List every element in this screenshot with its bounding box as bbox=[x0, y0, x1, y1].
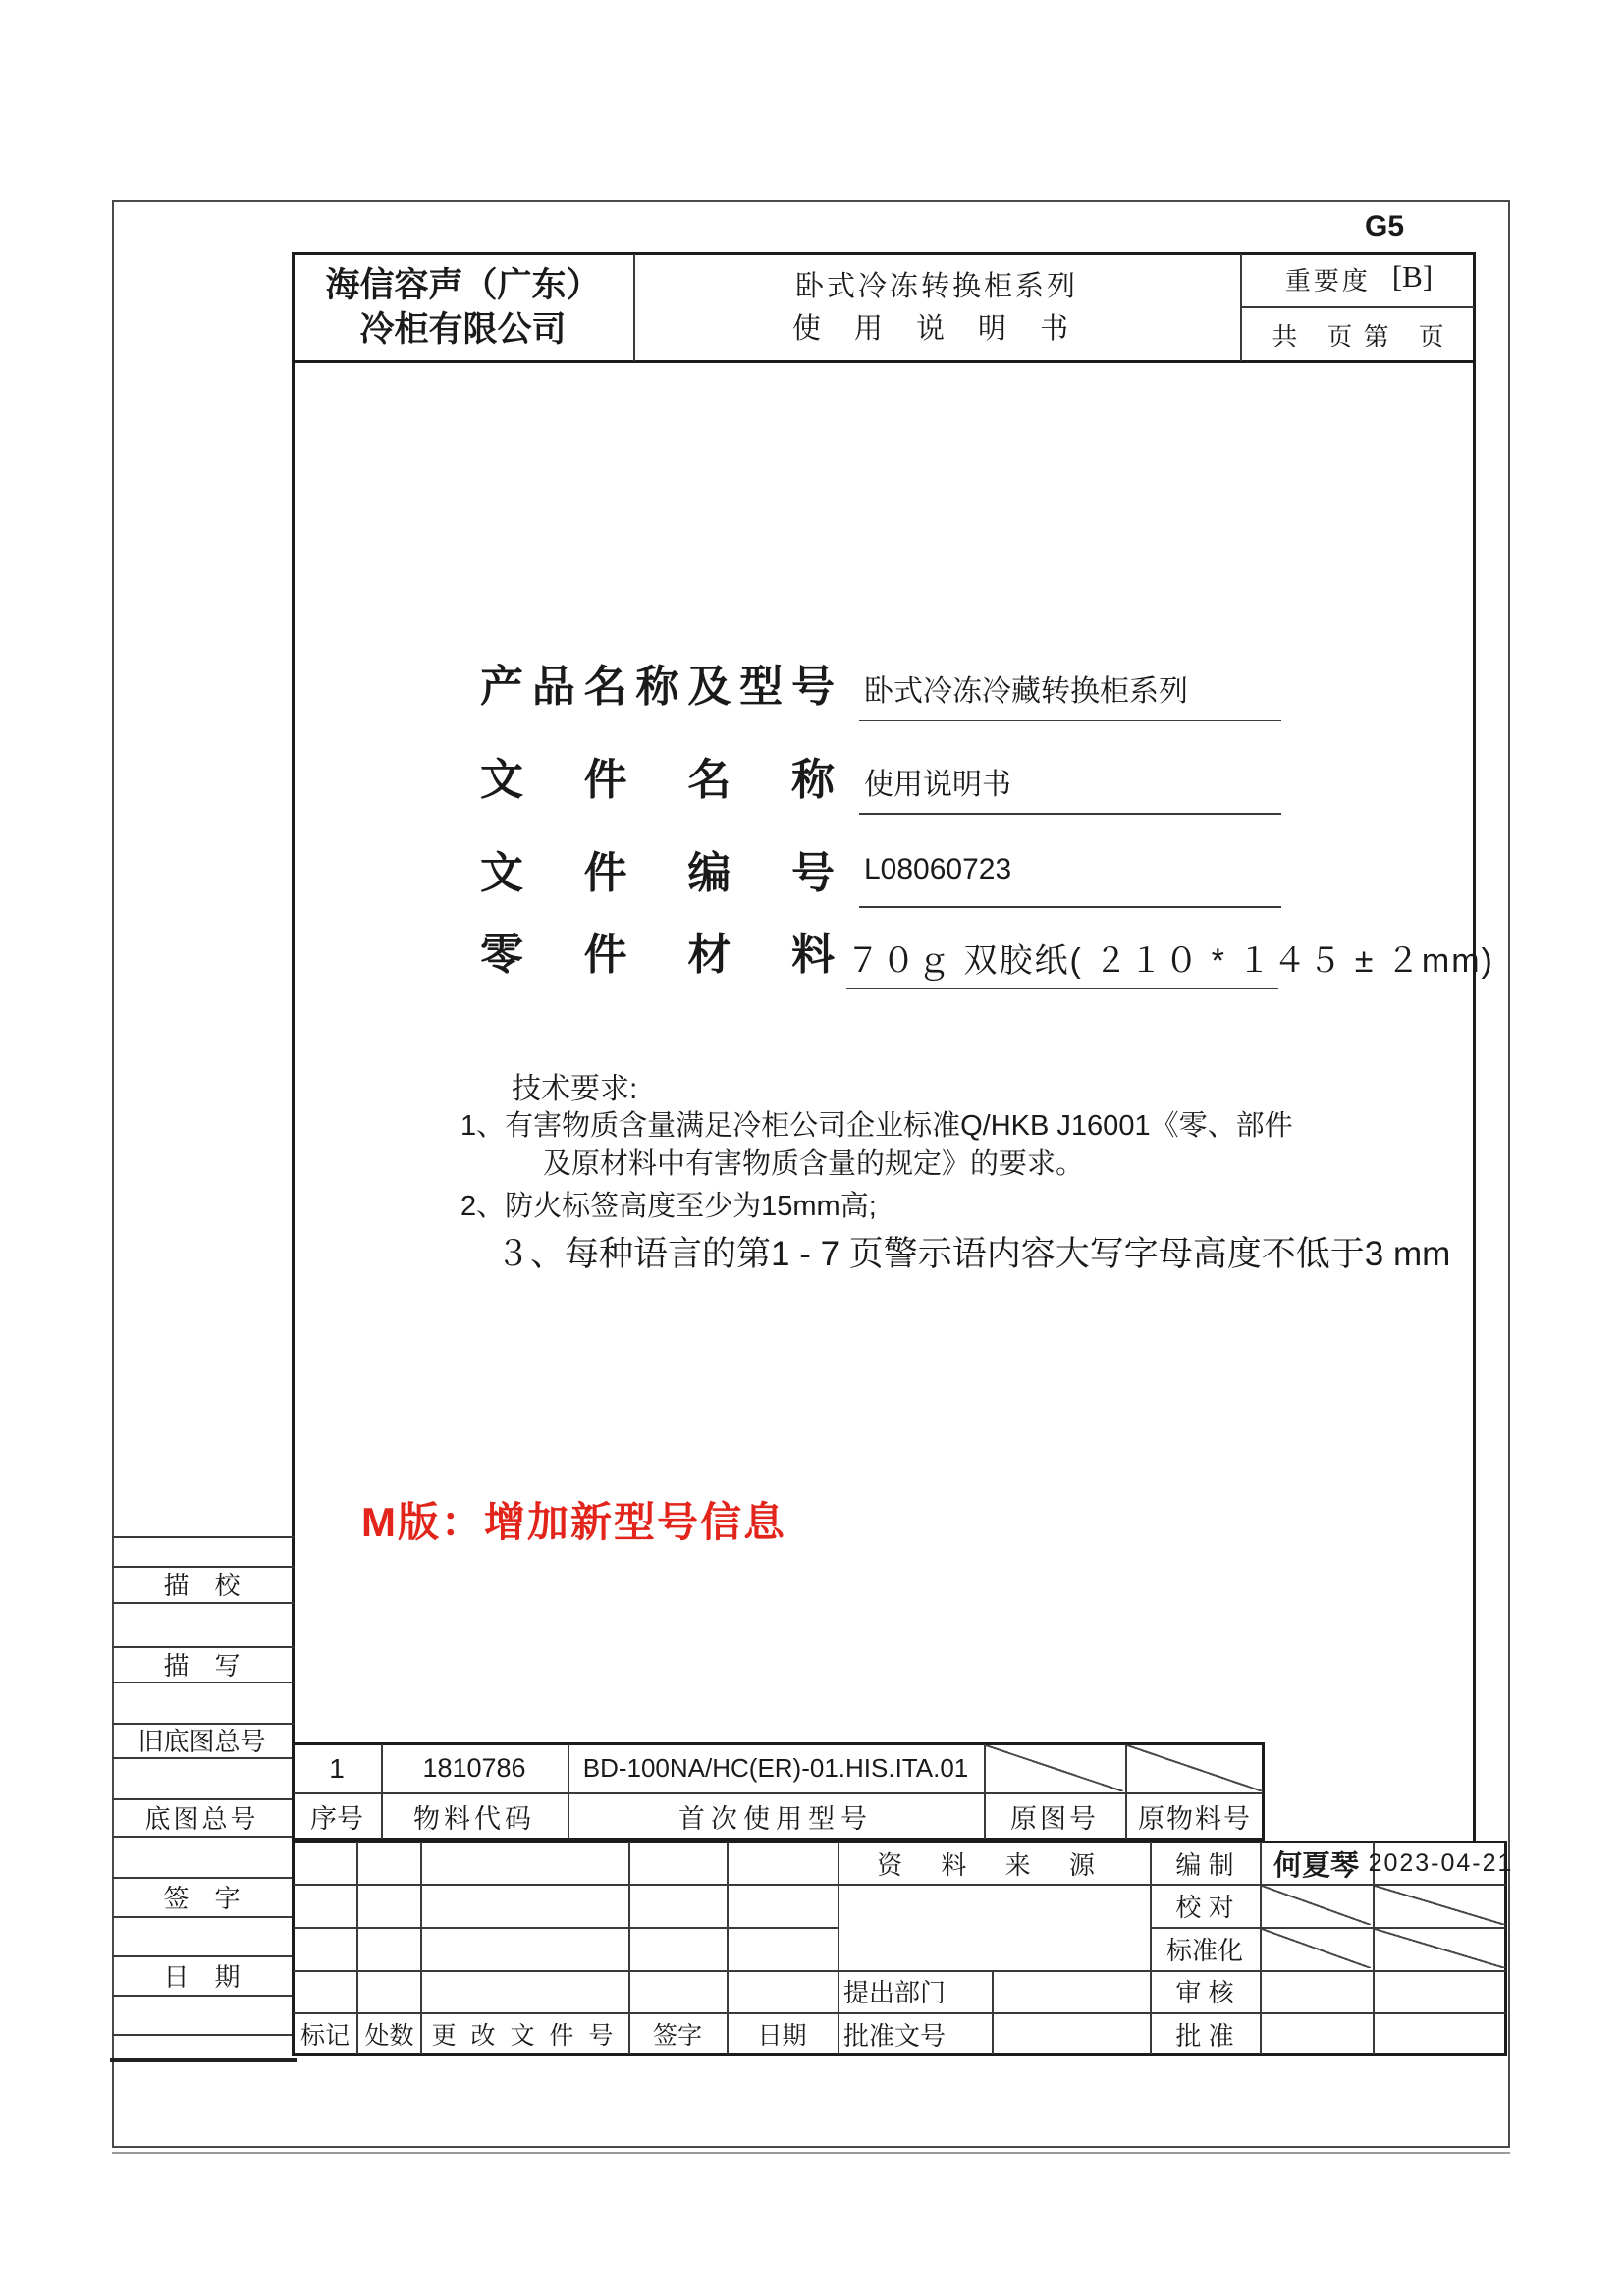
tech-requirement-line-4: ３、每种语言的第1 - 7 页警示语内容大写字母高度不低于3 mm bbox=[496, 1227, 1450, 1276]
sidebar-line bbox=[112, 2034, 294, 2036]
field-value-doc-name: 使用说明书 bbox=[864, 760, 1011, 803]
approval-label-standardized-by: 标准化 bbox=[1152, 1929, 1258, 1968]
change-bar-change-doc-no: 更 改 文 件 号 bbox=[422, 2014, 626, 2054]
tech-requirements-title: 技术要求: bbox=[512, 1064, 637, 1107]
first-use-header-orig-drawing-no: 原图号 bbox=[986, 1794, 1123, 1839]
field-label-part-material: 零件材料 bbox=[480, 928, 836, 983]
prepared-by-name: 何夏琴 bbox=[1262, 1842, 1371, 1884]
field-underline-2 bbox=[859, 813, 1281, 815]
approval-label-prepared-by: 编 制 bbox=[1152, 1842, 1258, 1884]
sidebar-bottom-bold-line bbox=[110, 2058, 297, 2062]
prepared-by-date: 2023-04-21 bbox=[1375, 1842, 1507, 1884]
sidebar-label-old-master-no: 旧底图总号 bbox=[112, 1723, 292, 1757]
first-use-header-material-code: 物料代码 bbox=[383, 1794, 566, 1839]
sidebar-line bbox=[112, 1602, 294, 1604]
first-use-model: BD-100NA/HC(ER)-01.HIS.ITA.01 bbox=[569, 1746, 982, 1790]
issuing-department-label: 提出部门 bbox=[843, 1972, 991, 2010]
approval-col-line bbox=[992, 1970, 994, 2054]
sidebar-line bbox=[112, 1536, 294, 1538]
field-label-doc-name: 文件名称 bbox=[480, 753, 836, 808]
document-title-line2: 使 用 说 明 书 bbox=[792, 308, 1081, 349]
sidebar-label-master-no: 底图总号 bbox=[112, 1798, 292, 1836]
sidebar-label-trace-check: 描 校 bbox=[112, 1566, 292, 1602]
document-page: G5 海信容声（广东） 冷柜有限公司 卧式冷冻转换柜系列 使 用 说 明 书 重… bbox=[0, 0, 1624, 2296]
approval-row-line bbox=[294, 1927, 838, 1929]
sidebar-label-date: 日 期 bbox=[112, 1955, 292, 1995]
change-bar-mark: 标记 bbox=[294, 2014, 356, 2054]
field-value-product-name: 卧式冷冻冷藏转换柜系列 bbox=[864, 667, 1188, 710]
field-value-doc-number: L08060723 bbox=[864, 853, 1011, 886]
change-bar-date: 日期 bbox=[729, 2014, 836, 2054]
first-use-serial: 1 bbox=[294, 1746, 380, 1790]
importance-cell: 重要度 [B] bbox=[1242, 252, 1476, 306]
importance-label: 重要度 bbox=[1285, 261, 1371, 297]
change-bar-count: 处数 bbox=[358, 2014, 420, 2054]
sidebar-label-signature: 签 字 bbox=[112, 1877, 292, 1916]
company-name-line1: 海信容声（广东） bbox=[325, 264, 600, 308]
field-underline-4 bbox=[846, 988, 1278, 989]
pages-cell: 共 页 第 页 bbox=[1242, 307, 1476, 363]
frame-shadow-line bbox=[112, 2152, 1510, 2154]
field-label-doc-number: 文件编号 bbox=[480, 846, 836, 901]
sidebar-line bbox=[112, 1995, 294, 1997]
importance-value: [B] bbox=[1392, 259, 1433, 294]
standardized-name-diagonal bbox=[1262, 1929, 1371, 1968]
first-use-material-code: 1810786 bbox=[383, 1746, 566, 1790]
approval-label-approved-by: 批 准 bbox=[1152, 2014, 1258, 2054]
standardized-date-diagonal bbox=[1375, 1929, 1505, 1968]
first-use-header-orig-material-no: 原物料号 bbox=[1127, 1794, 1263, 1839]
revision-note: M版：增加新型号信息 bbox=[361, 1490, 786, 1549]
tech-requirement-line-1: 1、有害物质含量满足冷柜公司企业标准Q/HKB J16001《零、部件 bbox=[460, 1103, 1293, 1144]
document-title: 卧式冷冻转换柜系列 使 用 说 明 书 bbox=[635, 255, 1238, 360]
tech-requirement-line-3: 2、防火标签高度至少为15mm高; bbox=[460, 1184, 877, 1224]
first-use-header-serial: 序号 bbox=[294, 1794, 380, 1839]
approval-label-reviewed-by: 审 核 bbox=[1152, 1972, 1258, 2010]
page-code: G5 bbox=[1345, 206, 1424, 247]
company-name-line2: 冷柜有限公司 bbox=[359, 308, 566, 352]
tech-requirement-line-2: 及原材料中有害物质含量的规定》的要求。 bbox=[543, 1142, 1084, 1182]
field-value-part-material: ７０ｇ 双胶纸( ２１０ * １４５ ± ２mm) bbox=[846, 934, 1494, 982]
checked-by-date-diagonal bbox=[1375, 1886, 1505, 1925]
checked-by-name-diagonal bbox=[1262, 1886, 1371, 1925]
approval-doc-no-label: 批准文号 bbox=[843, 2014, 991, 2054]
field-label-product-name: 产品名称及型号 bbox=[480, 660, 836, 715]
body-cell bbox=[292, 361, 1476, 1841]
sidebar-line bbox=[112, 1836, 294, 1838]
sidebar-line bbox=[112, 1916, 294, 1918]
change-bar-signature: 签字 bbox=[630, 2014, 725, 2054]
first-use-empty-diagonal-2 bbox=[1127, 1745, 1263, 1791]
document-title-line1: 卧式冷冻转换柜系列 bbox=[795, 266, 1078, 307]
field-underline-3 bbox=[859, 906, 1281, 908]
approval-label-checked-by: 校 对 bbox=[1152, 1886, 1258, 1925]
first-use-header-model: 首次使用型号 bbox=[569, 1794, 982, 1839]
data-source-label: 资 料 来 源 bbox=[839, 1842, 1148, 1884]
field-underline-1 bbox=[859, 720, 1281, 721]
company-name: 海信容声（广东） 冷柜有限公司 bbox=[295, 255, 631, 360]
first-use-empty-diagonal-1 bbox=[986, 1745, 1123, 1791]
sidebar-label-trace-write: 描 写 bbox=[112, 1646, 292, 1682]
